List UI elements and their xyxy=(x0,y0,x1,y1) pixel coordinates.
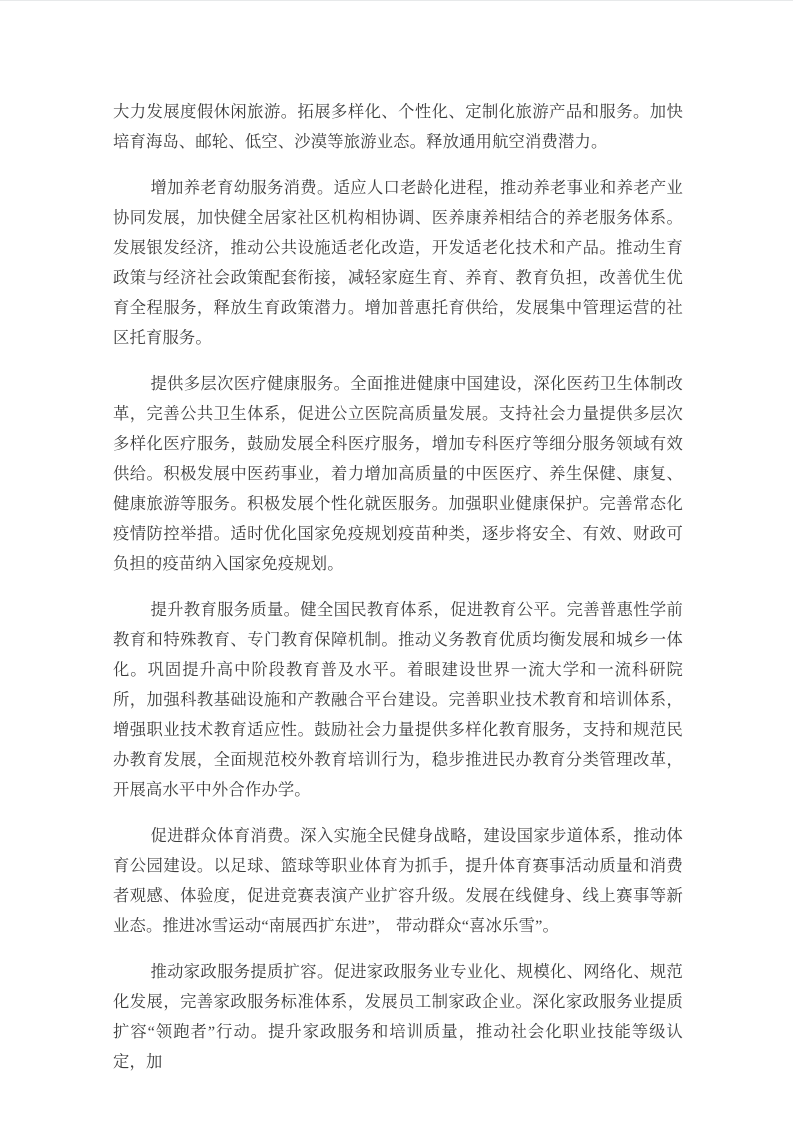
paragraph-mass-sports-consumption: 促进群众体育消费。深入实施全民健身战略，建设国家步道体系，推动体育公园建设。以足… xyxy=(113,821,683,941)
paragraph-medical-health-services: 提供多层次医疗健康服务。全面推进健康中国建设，深化医药卫生体制改革，完善公共卫生… xyxy=(113,369,683,579)
paragraph-tourism-continuation: 大力发展度假休闲旅游。拓展多样化、个性化、定制化旅游产品和服务。加快培育海岛、邮… xyxy=(113,97,683,157)
paragraph-elderly-childcare-services: 增加养老育幼服务消费。适应人口老龄化进程，推动养老事业和养老产业协同发展，加快健… xyxy=(113,173,683,353)
document-page: 大力发展度假休闲旅游。拓展多样化、个性化、定制化旅游产品和服务。加快培育海岛、邮… xyxy=(0,1,793,1122)
paragraph-education-service-quality: 提升教育服务质量。健全国民教育体系，促进教育公平。完善普惠性学前教育和特殊教育、… xyxy=(113,595,683,805)
paragraph-domestic-services-upgrade: 推动家政服务提质扩容。促进家政服务业专业化、规模化、网络化、规范化发展，完善家政… xyxy=(113,957,683,1077)
document-viewport: { "page": { "background": "#ffffff", "te… xyxy=(0,0,793,1122)
